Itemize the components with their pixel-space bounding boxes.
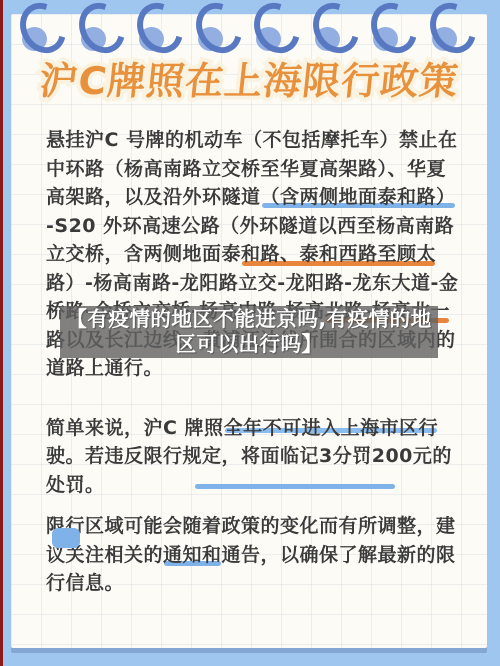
text-line: 议关注相关的通知和通告，以确保了解最新的限 <box>46 541 476 570</box>
highlighted-text: 和路、泰和西路至顾太 <box>241 243 436 265</box>
text-segment: 高架路，以及沿外环隧道 <box>46 186 261 208</box>
decor-blue-blob <box>52 528 80 548</box>
text-segment: 道路上通行。 <box>46 357 163 379</box>
infographic-page: 沪C牌照在上海限行政策 沪C牌照在上海限行政策 悬挂沪C 号牌的机动车（不包括摩… <box>0 0 500 666</box>
text-segment: 路）-杨高南路-龙阳路立交-龙阳路-龙东大道-金 <box>46 272 458 294</box>
text-line: 行信息。 <box>46 569 476 598</box>
binder-ring-icon <box>428 2 472 52</box>
caption-text: 【有疫情的地区不能进京吗,有疫情的地区可以出行吗】 <box>60 307 438 357</box>
highlighted-text: （含两侧地面泰和路） <box>261 186 456 208</box>
text-segment: 限行区域可能会随着政策的变化而有所调整，建 <box>46 515 456 537</box>
binder-ring-icon <box>311 2 355 52</box>
left-edge-line <box>0 0 3 666</box>
paragraph: 限行区域可能会随着政策的变化而有所调整，建议关注相关的通知和通告，以确保了解最新… <box>46 512 476 598</box>
text-line: 立交桥，含两侧地面泰和路、泰和西路至顾太 <box>46 240 476 269</box>
caption-overlay: 【有疫情的地区不能进京吗,有疫情的地区可以出行吗】 <box>60 306 438 358</box>
binder-ring-icon <box>252 2 296 52</box>
binder-ring-icon <box>18 2 62 52</box>
text-line: 简单来说，沪C 牌照全年不可进入上海市区行 <box>46 414 476 443</box>
text-segment: 立交桥，含两侧地面泰 <box>46 243 241 265</box>
binder-ring-icon <box>369 2 413 52</box>
decor-underline-blue <box>195 484 395 489</box>
binder-rings <box>0 0 500 60</box>
text-line: 中环路（杨高南路立交桥至华夏高架路）、华夏 <box>46 155 476 184</box>
text-segment: 驶。若违反限行规定，将面临记3分罚200元的 <box>46 445 452 467</box>
binder-ring-icon <box>194 2 238 52</box>
highlighted-text: 全年不可进入上海市区行 <box>224 417 439 439</box>
text-segment: 简单来说，沪C 牌照 <box>46 417 224 439</box>
text-line: 限行区域可能会随着政策的变化而有所调整，建 <box>46 512 476 541</box>
text-line: 驶。若违反限行规定，将面临记3分罚200元的 <box>46 442 476 471</box>
text-segment: -S20 外环高速公路（外环隧道以西至杨高南路 <box>46 215 454 237</box>
text-line: 高架路，以及沿外环隧道（含两侧地面泰和路） <box>46 183 476 212</box>
text-segment: 处罚。 <box>46 474 105 496</box>
page-title-text: 沪C牌照在上海限行政策 <box>37 59 461 103</box>
binder-ring-icon <box>77 2 121 52</box>
text-line: -S20 外环高速公路（外环隧道以西至杨高南路 <box>46 212 476 241</box>
text-segment: 中环路（杨高南路立交桥至华夏高架路）、华夏 <box>46 158 446 180</box>
binder-ring-icon <box>135 2 179 52</box>
text-segment: 悬挂沪C 号牌的机动车（不包括摩托车）禁止在 <box>46 129 458 151</box>
page-title: 沪C牌照在上海限行政策 沪C牌照在上海限行政策 <box>8 52 490 110</box>
highlighted-text: 通知和 <box>163 544 222 566</box>
text-line: 路）-杨高南路-龙阳路立交-龙阳路-龙东大道-金 <box>46 269 476 298</box>
text-segment: 行信息。 <box>46 572 124 594</box>
text-segment: 通告，以确保了解最新的限 <box>222 544 456 566</box>
body-text: 悬挂沪C 号牌的机动车（不包括摩托车）禁止在中环路（杨高南路立交桥至华夏高架路）… <box>46 126 476 598</box>
text-line: 悬挂沪C 号牌的机动车（不包括摩托车）禁止在 <box>46 126 476 155</box>
text-line: 道路上通行。 <box>46 354 476 383</box>
